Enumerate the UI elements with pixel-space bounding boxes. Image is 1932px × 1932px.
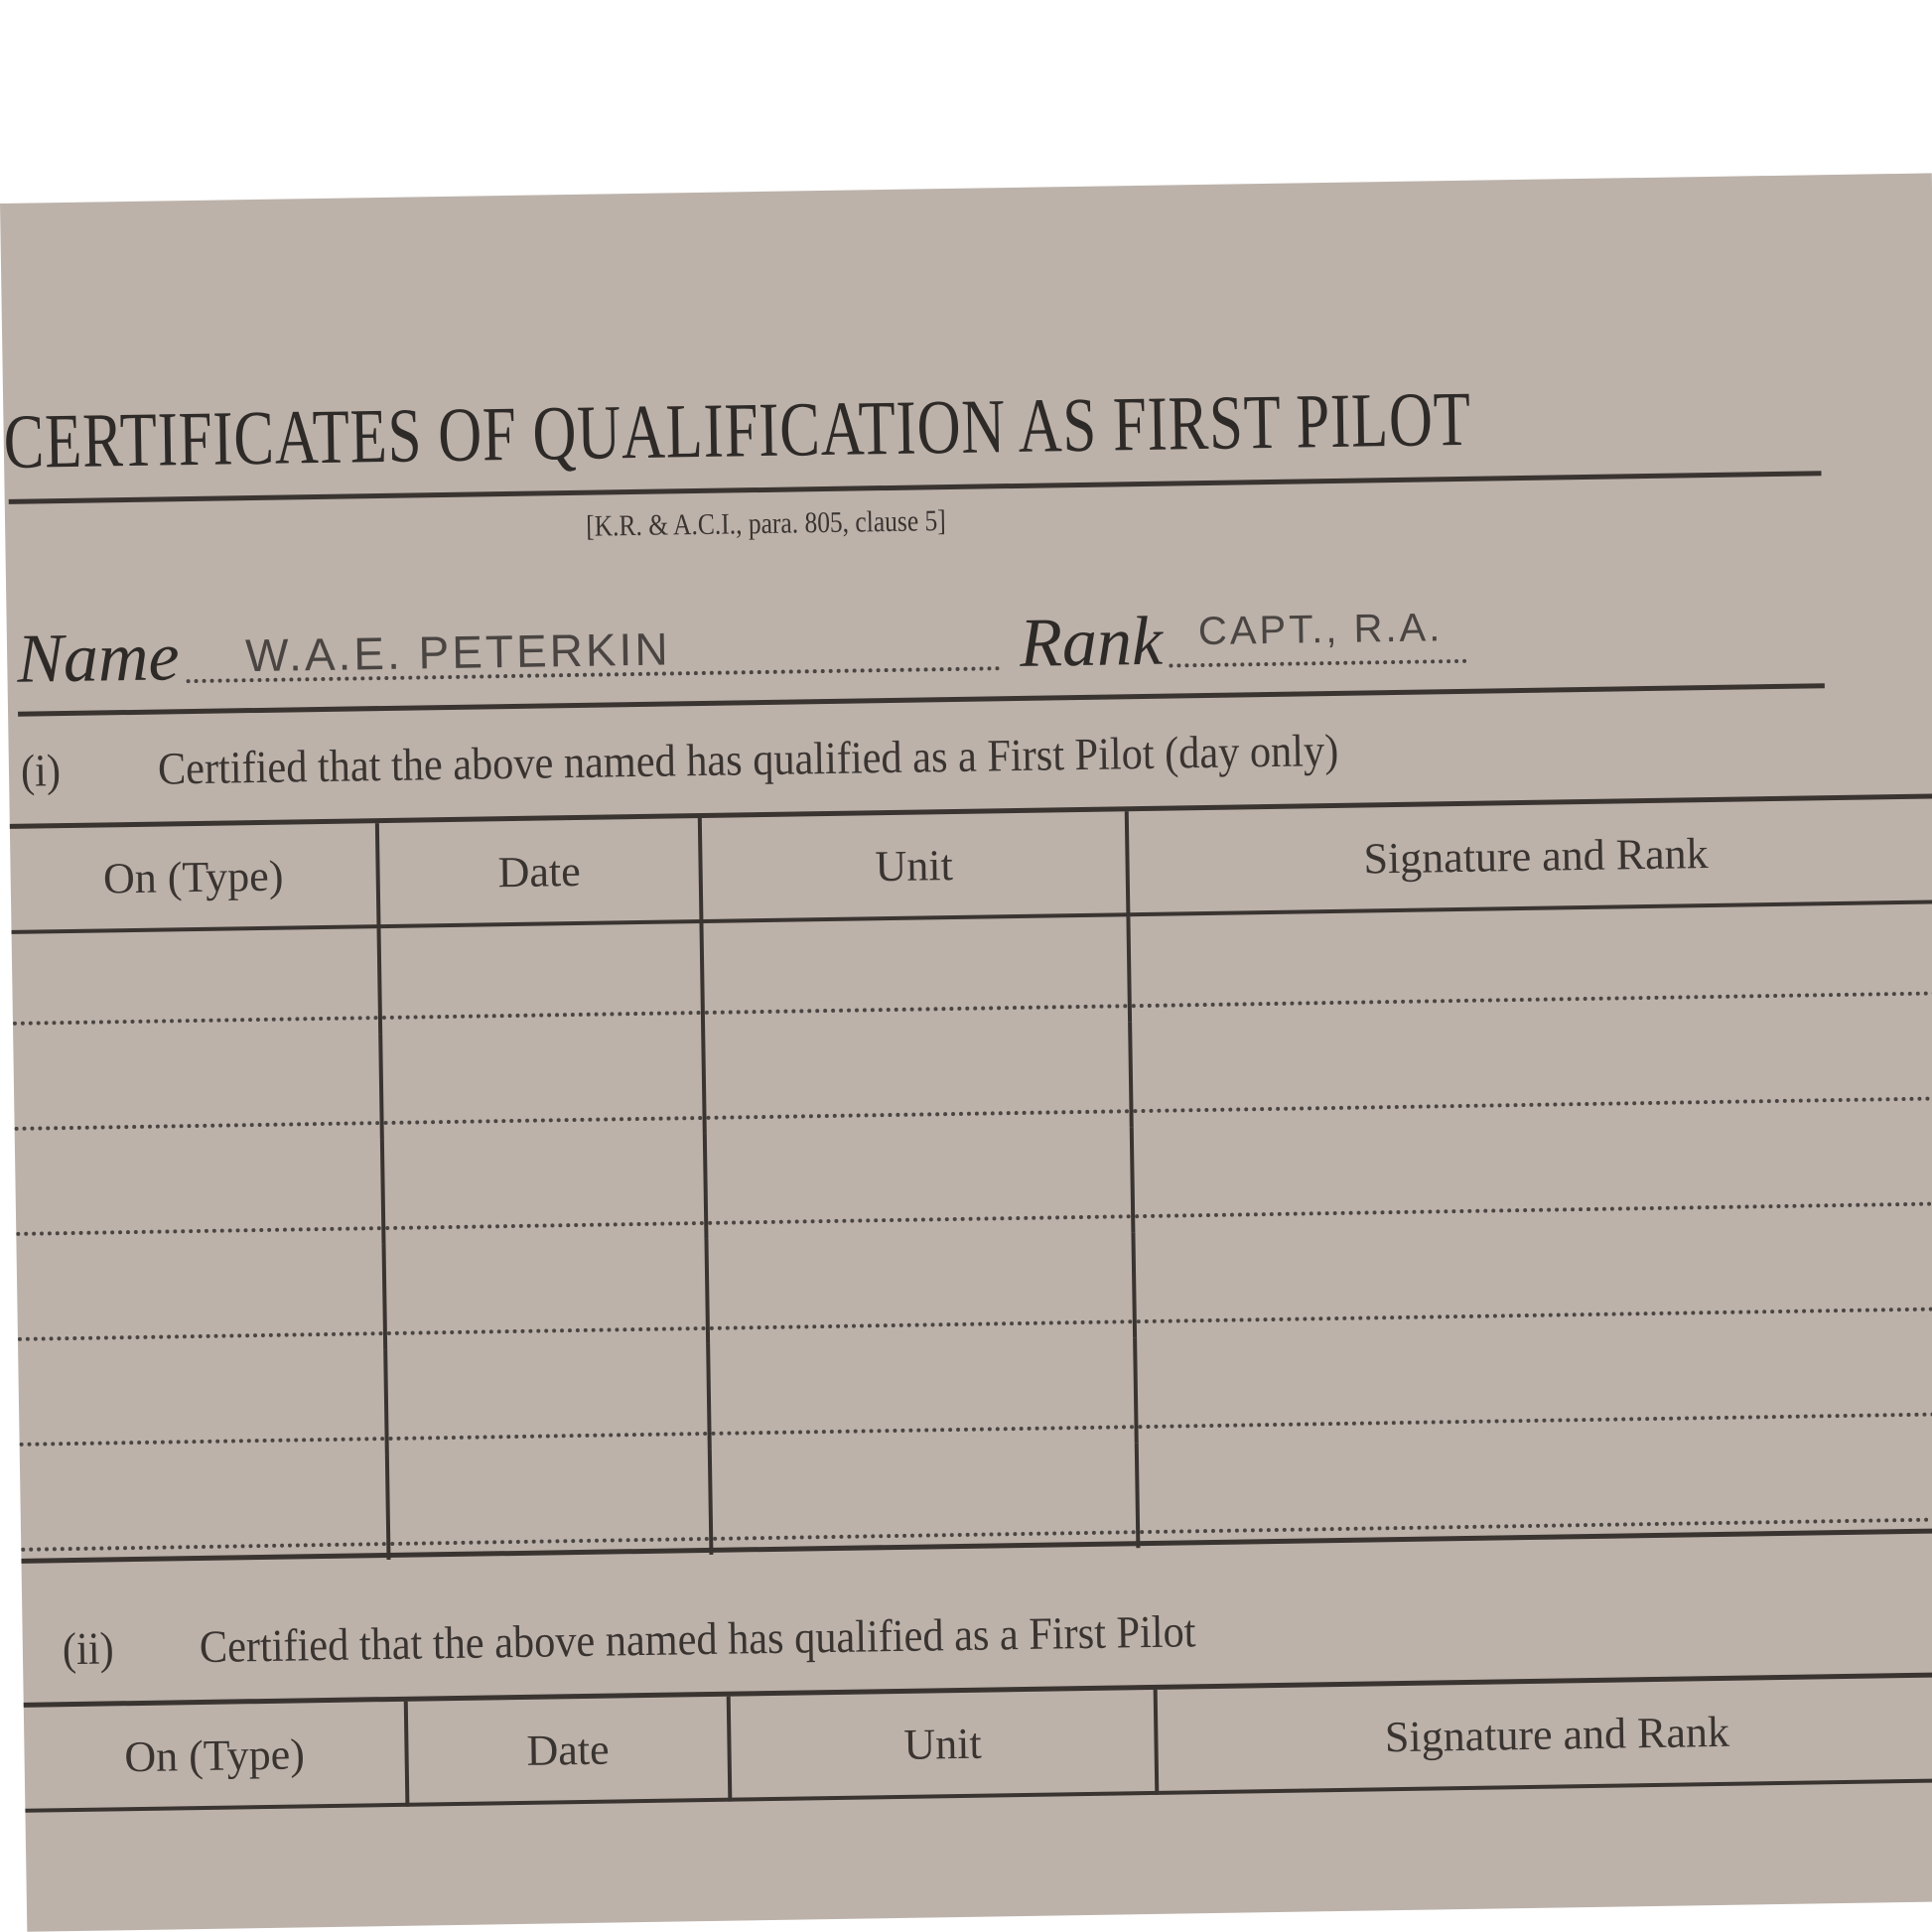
- cell[interactable]: [380, 1029, 705, 1139]
- cell[interactable]: [17, 1244, 386, 1355]
- column-header-date: Date: [406, 1697, 731, 1805]
- qualification-table-i: On (Type) Date Unit Signature and Rank: [10, 798, 1932, 1565]
- page-title: CERTIFICATES OF QUALIFICATION AS FIRST P…: [3, 375, 1422, 486]
- name-value: W.A.E. PETERKIN: [245, 621, 671, 682]
- cell[interactable]: [13, 1034, 382, 1145]
- section-number: (ii): [62, 1620, 200, 1675]
- column-header-unit: Unit: [700, 811, 1129, 921]
- regulation-reference: [K.R. & A.C.I., para. 805, clause 5]: [586, 504, 946, 544]
- column-header-unit: Unit: [729, 1690, 1158, 1800]
- cell[interactable]: [703, 1022, 1132, 1134]
- cell[interactable]: [1135, 1324, 1932, 1443]
- cell[interactable]: [710, 1443, 1139, 1555]
- cell[interactable]: [1130, 1009, 1932, 1127]
- cell[interactable]: [378, 921, 703, 1034]
- cell[interactable]: [20, 1454, 389, 1566]
- cell[interactable]: [1128, 901, 1932, 1022]
- rank-value: CAPT., R.A.: [1198, 606, 1444, 654]
- section-number: (i): [21, 743, 159, 797]
- cell[interactable]: [385, 1344, 710, 1454]
- name-label: Name: [17, 618, 181, 700]
- column-header-signature: Signature and Rank: [1156, 1677, 1932, 1793]
- section-text: Certified that the above named has quali…: [199, 1605, 1195, 1672]
- cell[interactable]: [1132, 1114, 1932, 1232]
- cell[interactable]: [701, 914, 1130, 1029]
- column-header-type: On (Type): [10, 823, 379, 932]
- certification-ii: (ii)Certified that the above named has q…: [62, 1604, 1195, 1675]
- cell[interactable]: [18, 1349, 387, 1460]
- column-header-signature: Signature and Rank: [1127, 798, 1932, 914]
- cell[interactable]: [387, 1449, 712, 1560]
- cell[interactable]: [706, 1232, 1135, 1344]
- cell[interactable]: [384, 1239, 709, 1349]
- column-header-type: On (Type): [24, 1702, 408, 1811]
- cell[interactable]: [12, 926, 381, 1039]
- cell[interactable]: [15, 1139, 384, 1250]
- rank-label: Rank: [1019, 603, 1163, 684]
- rank-dotted-line: [1169, 659, 1466, 668]
- column-header-date: Date: [377, 818, 702, 926]
- cell[interactable]: [708, 1337, 1137, 1449]
- cell[interactable]: [1133, 1219, 1932, 1337]
- cell[interactable]: [382, 1134, 707, 1244]
- certification-i: (i)Certified that the above named has qu…: [21, 724, 1339, 797]
- document-page: CERTIFICATES OF QUALIFICATION AS FIRST P…: [0, 173, 1932, 1931]
- section-text: Certified that the above named has quali…: [158, 725, 1339, 794]
- cell[interactable]: [705, 1127, 1134, 1239]
